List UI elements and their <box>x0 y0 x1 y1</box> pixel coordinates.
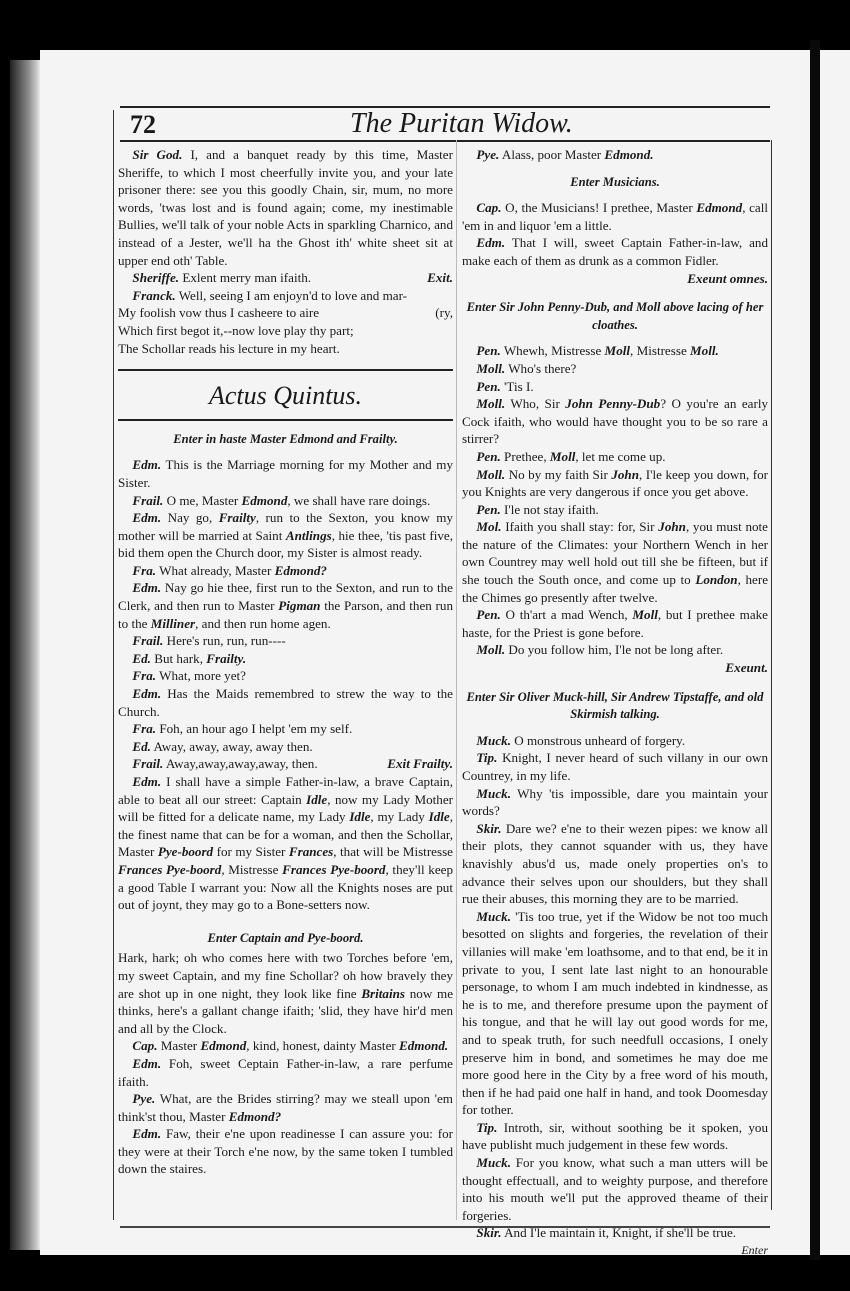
speech: Fra. What already, Master Edmond? <box>118 562 453 580</box>
speech: Muck. Why 'tis impossible, dare you main… <box>462 785 768 820</box>
speech: Skir. And I'le maintain it, Knight, if s… <box>462 1224 768 1242</box>
section-rule <box>118 369 453 371</box>
stage-exit: Exit Frailty. <box>373 755 453 773</box>
speech: Edm. Has the Maids remembred to strew th… <box>118 685 453 720</box>
speech: Pen. 'Tis I. <box>462 378 768 396</box>
speech: Pen. O th'art a mad Wench, Moll, but I p… <box>462 606 768 641</box>
speech: Edm. Nay go, Frailty, run to the Sexton,… <box>118 509 453 562</box>
stage-exit: Exeunt. <box>462 659 768 677</box>
speech: Moll. Who's there? <box>462 360 768 378</box>
speech: Edm. Faw, their e'ne upon readinesse I c… <box>118 1125 453 1178</box>
speech: Ed. But hark, Frailty. <box>118 650 453 668</box>
stage-direction: Enter in haste Master Edmond and Frailty… <box>118 431 453 449</box>
speech: Frail. Away,away,away,away, then.Exit Fr… <box>118 755 453 773</box>
speech: Hark, hark; oh who comes here with two T… <box>118 949 453 1037</box>
speech: Sir God. I, and a banquet ready by this … <box>118 146 453 269</box>
frame-left-rule <box>113 110 114 1220</box>
right-column: Pye. Alass, poor Master Edmond. Enter Mu… <box>462 146 768 1260</box>
speech: Ed. Away, away, away, away then. <box>118 738 453 756</box>
stage-exit: Exeunt omnes. <box>462 270 768 288</box>
speech: Moll. Who, Sir John Penny-Dub? O you're … <box>462 395 768 448</box>
speech: Muck. For you know, what such a man utte… <box>462 1154 768 1224</box>
stage-direction: Enter Captain and Pye-boord. <box>118 930 453 948</box>
speech: Frail. O me, Master Edmond, we shall hav… <box>118 492 453 510</box>
speech: Fra. Foh, an hour ago I helpt 'em my sel… <box>118 720 453 738</box>
stage-exit: Exit. <box>413 269 453 287</box>
speech: Edm. I shall have a simple Father-in-law… <box>118 773 453 914</box>
left-column: Sir God. I, and a banquet ready by this … <box>118 146 453 1178</box>
catchword: Enter <box>462 1242 768 1260</box>
speech: Tip. Introth, sir, without soothing be i… <box>462 1119 768 1154</box>
stage-direction: Enter Sir John Penny-Dub, and Moll above… <box>462 299 768 334</box>
stage-direction: Enter Musicians. <box>462 174 768 192</box>
speech: Cap. O, the Musicians! I prethee, Master… <box>462 199 768 234</box>
frame-right-rule <box>771 140 772 1210</box>
verse-line: My foolish vow thus I casheere to aire(r… <box>118 304 453 322</box>
facing-page-edge <box>820 50 850 1255</box>
speech: Frail. Here's run, run, run---- <box>118 632 453 650</box>
book-gutter <box>810 40 820 1260</box>
speech: Pye. What, are the Brides stirring? may … <box>118 1090 453 1125</box>
speech: Edm. This is the Marriage morning for my… <box>118 456 453 491</box>
column-divider <box>456 140 457 1220</box>
speech: Tip. Knight, I never heard of such villa… <box>462 749 768 784</box>
speech: Moll. Do you follow him, I'le not be lon… <box>462 641 768 659</box>
act-title: Actus Quintus. <box>118 387 453 405</box>
speech: Pen. I'le not stay ifaith. <box>462 501 768 519</box>
speech: Edm. That I will, sweet Captain Father-i… <box>462 234 768 269</box>
speech: Edm. Nay go hie thee, first run to the S… <box>118 579 453 632</box>
stage-direction: Enter Sir Oliver Muck-hill, Sir Andrew T… <box>462 689 768 724</box>
page-number: 72 <box>130 110 156 140</box>
speech: Fra. What, more yet? <box>118 667 453 685</box>
section-rule <box>118 419 453 421</box>
speech: Moll. No by my faith Sir John, I'le keep… <box>462 466 768 501</box>
speech: Mol. Ifaith you shall stay: for, Sir Joh… <box>462 518 768 606</box>
verse-line: The Schollar reads his lecture in my hea… <box>118 340 453 358</box>
speech: Muck. 'Tis too true, yet if the Widow be… <box>462 908 768 1119</box>
speech: Sheriffe. Exlent merry man ifaith.Exit. <box>118 269 453 287</box>
speech: Cap. Master Edmond, kind, honest, dainty… <box>118 1037 453 1055</box>
speech: Pen. Whewh, Mistresse Moll, Mistresse Mo… <box>462 342 768 360</box>
running-head: The Puritan Widow. <box>350 108 573 140</box>
speech: Pen. Prethee, Moll, let me come up. <box>462 448 768 466</box>
speech: Pye. Alass, poor Master Edmond. <box>462 146 768 164</box>
speech: Franck. Well, seeing I am enjoyn'd to lo… <box>118 287 453 305</box>
speech: Edm. Foh, sweet Ceptain Father-in-law, a… <box>118 1055 453 1090</box>
header-rule <box>120 140 770 142</box>
speech: Muck. O monstrous unheard of forgery. <box>462 732 768 750</box>
speech: Skir. Dare we? e'ne to their wezen pipes… <box>462 820 768 908</box>
book-page-edges <box>10 60 40 1250</box>
verse-line: Which first begot it,--now love play thy… <box>118 322 453 340</box>
